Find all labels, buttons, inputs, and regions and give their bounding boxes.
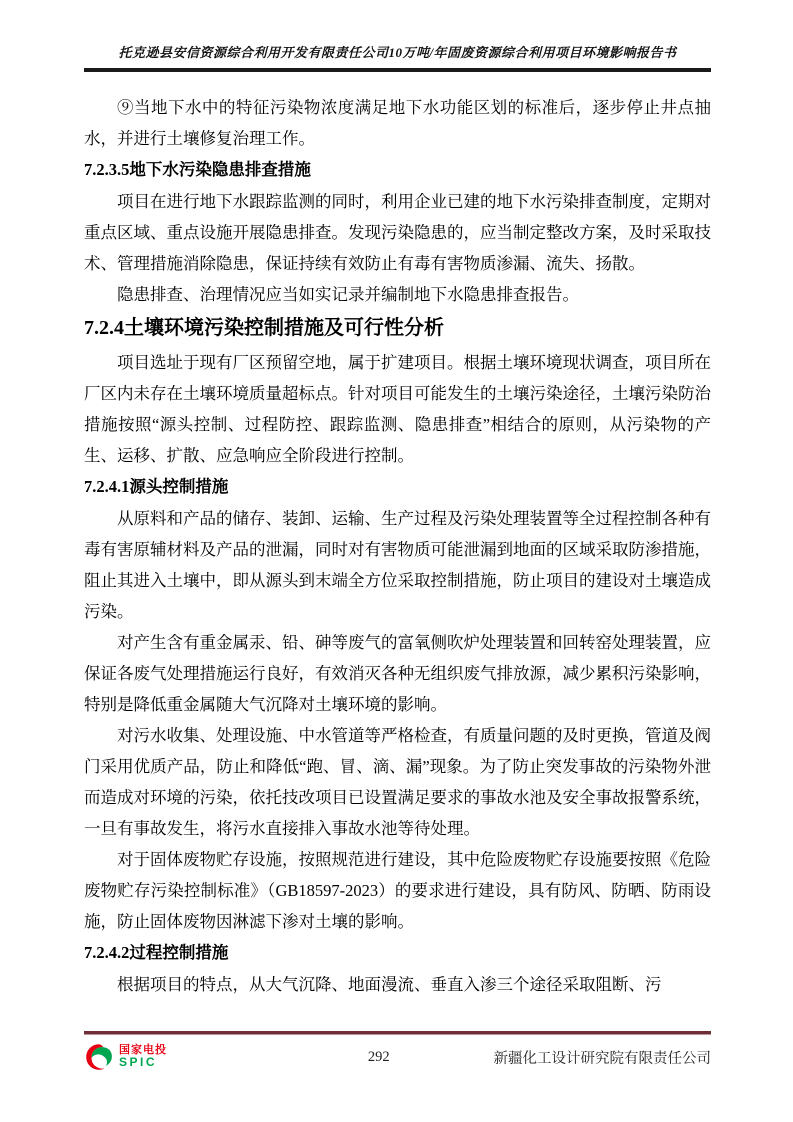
paragraph: 对于固体废物贮存设施，按照规范进行建设，其中危险废物贮存设施要按照《危险废物贮存…	[84, 844, 711, 937]
section-heading-7-2-4-2: 7.2.4.2过程控制措施	[84, 937, 711, 969]
section-heading-7-2-4: 7.2.4土壤环境污染控制措施及可行性分析	[84, 314, 711, 343]
spic-logo-icon	[84, 1042, 114, 1072]
page-header: 托克逊县安信资源综合利用开发有限责任公司10万吨/年固废资源综合利用项目环境影响…	[84, 42, 711, 72]
section-heading-7-2-3-5: 7.2.3.5地下水污染隐患排查措施	[84, 154, 711, 186]
spic-logo-text: 国家电投 SPIC	[119, 1045, 167, 1069]
document-page: 托克逊县安信资源综合利用开发有限责任公司10万吨/年固废资源综合利用项目环境影响…	[0, 0, 793, 1122]
paragraph: 对污水收集、处理设施、中水管道等严格检查，有质量问题的及时更换，管道及阀门采用优…	[84, 720, 711, 844]
heading-title: 土壤环境污染控制措施及可行性分析	[124, 317, 444, 339]
footer-divider	[84, 1031, 711, 1035]
footer-company-name: 新疆化工设计研究院有限责任公司	[494, 1047, 712, 1068]
document-body: ⑨当地下水中的特征污染物浓度满足地下水功能区划的标准后，逐步停止井点抽水，并进行…	[84, 92, 711, 1000]
page-number: 292	[264, 1049, 494, 1066]
heading-number: 7.2.4.2	[84, 943, 129, 962]
section-heading-7-2-4-1: 7.2.4.1源头控制措施	[84, 471, 711, 503]
header-divider	[84, 68, 711, 72]
spic-logo-en-label: SPIC	[119, 1056, 167, 1069]
page-footer: 国家电投 SPIC 292 新疆化工设计研究院有限责任公司	[84, 1042, 711, 1072]
paragraph: 从原料和产品的储存、装卸、运输、生产过程及污染处理装置等全过程控制各种有毒有害原…	[84, 503, 711, 627]
paragraph: ⑨当地下水中的特征污染物浓度满足地下水功能区划的标准后，逐步停止井点抽水，并进行…	[84, 92, 711, 154]
heading-title: 地下水污染隐患排查措施	[129, 161, 311, 179]
report-title: 托克逊县安信资源综合利用开发有限责任公司10万吨/年固废资源综合利用项目环境影响…	[84, 42, 711, 61]
heading-number: 7.2.4.1	[84, 477, 129, 496]
spic-logo: 国家电投 SPIC	[84, 1042, 264, 1072]
heading-title: 源头控制措施	[129, 478, 228, 496]
heading-number: 7.2.4	[84, 317, 124, 339]
paragraph: 根据项目的特点，从大气沉降、地面漫流、垂直入渗三个途径采取阻断、污	[84, 969, 711, 1000]
paragraph: 隐患排查、治理情况应当如实记录并编制地下水隐患排查报告。	[84, 279, 711, 310]
heading-number: 7.2.3.5	[84, 160, 129, 179]
paragraph: 对产生含有重金属汞、铅、砷等废气的富氧侧吹炉处理装置和回转窑处理装置，应保证各废…	[84, 627, 711, 720]
heading-title: 过程控制措施	[129, 944, 228, 962]
paragraph: 项目选址于现有厂区预留空地，属于扩建项目。根据土壤环境现状调查，项目所在厂区内未…	[84, 347, 711, 471]
paragraph: 项目在进行地下水跟踪监测的同时，利用企业已建的地下水污染排查制度，定期对重点区域…	[84, 186, 711, 279]
